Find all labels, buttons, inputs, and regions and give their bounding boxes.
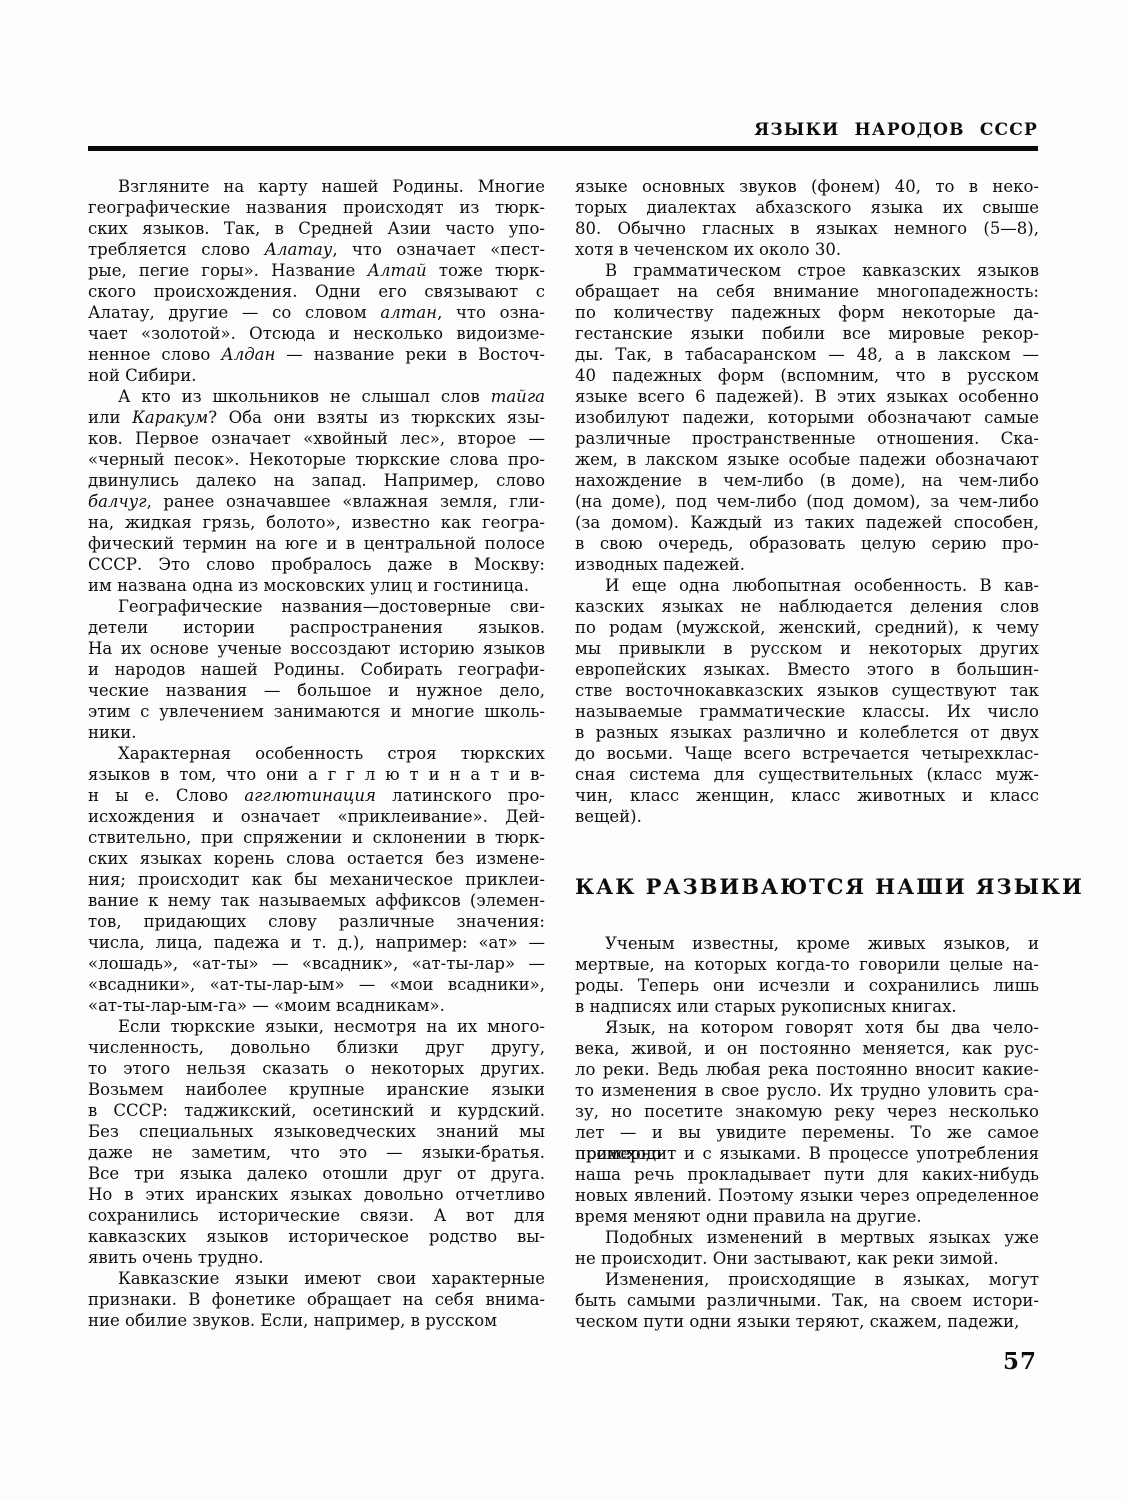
text-line: сная система для существительных (класс … bbox=[575, 764, 1039, 785]
text-line: торых диалектах абхазского языка их свыш… bbox=[575, 197, 1039, 218]
text-line: хотя в чеченском их около 30. bbox=[575, 239, 1039, 260]
text-line: даже не заметим, что это — языки-братья. bbox=[88, 1142, 545, 1163]
text-line: различные пространственные отношения. Ск… bbox=[575, 428, 1039, 449]
paragraph: В грамматическом строе кавказских языков… bbox=[575, 260, 1039, 575]
text-line: На их основе ученые воссоздают историю я… bbox=[88, 638, 545, 659]
book-page: ЯЗЫКИ НАРОДОВ СССР Взгляните на карту на… bbox=[0, 0, 1126, 1500]
text-line: ческие названия — большое и нужное дело, bbox=[88, 680, 545, 701]
text-line: Характерная особенность строя тюркских bbox=[88, 743, 545, 764]
text-line: языке основных звуков (фонем) 40, то в н… bbox=[575, 176, 1039, 197]
text-line: происходит и с языками. В процессе употр… bbox=[575, 1143, 1039, 1164]
text-line: (на доме), под чем-либо (под домом), за … bbox=[575, 491, 1039, 512]
column-right: языке основных звуков (фонем) 40, то в н… bbox=[575, 176, 1039, 1332]
text-line: «лошадь», «ат-ты» — «всадник», «ат-ты-ла… bbox=[88, 953, 545, 974]
text-line: до восьми. Чаще всего встречается четыре… bbox=[575, 743, 1039, 764]
text-line: не происходит. Они застывают, как реки з… bbox=[575, 1248, 1039, 1269]
text-line: в разных языках различно и колеблется от… bbox=[575, 722, 1039, 743]
text-line: обращает на себя внимание многопадежност… bbox=[575, 281, 1039, 302]
text-line: балчуг, ранее означавшее «влажная земля,… bbox=[88, 491, 545, 512]
paragraph: Ученым известны, кроме живых языков, име… bbox=[575, 933, 1039, 1017]
text-line: Возьмем наиболее крупные иранские языки bbox=[88, 1079, 545, 1100]
text-line: исхождения и означает «приклеивание». Де… bbox=[88, 806, 545, 827]
text-line: детели истории распространения языков. bbox=[88, 617, 545, 638]
header-rule bbox=[88, 146, 1038, 151]
text-line: называемые грамматические классы. Их чис… bbox=[575, 701, 1039, 722]
text-line: лет — и вы увидите перемены. То же самое… bbox=[575, 1122, 1039, 1143]
text-line: числа, лица, падежа и т. д.), например: … bbox=[88, 932, 545, 953]
text-line: этим с увлечением занимаются и многие шк… bbox=[88, 701, 545, 722]
text-line: двинулись далеко на запад. Например, сло… bbox=[88, 470, 545, 491]
text-line: Кавказские языки имеют свои характерные bbox=[88, 1268, 545, 1289]
text-line: Алатау, другие — со словом алтан, что оз… bbox=[88, 302, 545, 323]
text-line: ники. bbox=[88, 722, 545, 743]
text-line: зу, но посетите знакомую реку через неск… bbox=[575, 1101, 1039, 1122]
text-line: Взгляните на карту нашей Родины. Многие bbox=[88, 176, 545, 197]
text-line: и народов нашей Родины. Собирать географ… bbox=[88, 659, 545, 680]
text-line: ствительно, при спряжении и склонении в … bbox=[88, 827, 545, 848]
text-line: чает «золотой». Отсюда и несколько видои… bbox=[88, 323, 545, 344]
text-line: Без специальных языковедческих знаний мы bbox=[88, 1121, 545, 1142]
paragraph: Язык, на котором говорят хотя бы два чел… bbox=[575, 1017, 1039, 1227]
text-line: ского происхождения. Одни его связывают … bbox=[88, 281, 545, 302]
text-line: Географические названия—достоверные сви- bbox=[88, 596, 545, 617]
text-line: вание к нему так называемых аффиксов (эл… bbox=[88, 890, 545, 911]
text-line: Все три языка далеко отошли друг от друг… bbox=[88, 1163, 545, 1184]
text-line: ков. Первое означает «хвойный лес», втор… bbox=[88, 428, 545, 449]
text-line: время меняют одни правила на другие. bbox=[575, 1206, 1039, 1227]
text-line: европейских языках. Вместо этого в больш… bbox=[575, 659, 1039, 680]
text-line: сохранились исторические связи. А вот дл… bbox=[88, 1205, 545, 1226]
text-line: СССР. Это слово пробралось даже в Москву… bbox=[88, 554, 545, 575]
text-line: ских языков. Так, в Средней Азии часто у… bbox=[88, 218, 545, 239]
text-line: ских языках корень слова остается без из… bbox=[88, 848, 545, 869]
text-line: ческом пути одни языки теряют, скажем, п… bbox=[575, 1311, 1039, 1332]
text-line: Но в этих иранских языках довольно отчет… bbox=[88, 1184, 545, 1205]
text-line: фический термин на юге и в центральной п… bbox=[88, 533, 545, 554]
text-line: тов, придающих слову различные значения: bbox=[88, 911, 545, 932]
text-line: новых явлений. Поэтому языки через опред… bbox=[575, 1185, 1039, 1206]
text-line: в свою очередь, образовать целую серию п… bbox=[575, 533, 1039, 554]
text-line: казских языках не наблюдается деления сл… bbox=[575, 596, 1039, 617]
text-line: на, жидкая грязь, болото», известно как … bbox=[88, 512, 545, 533]
paragraph: Если тюркские языки, несмотря на их мног… bbox=[88, 1016, 545, 1268]
paragraph: Характерная особенность строя тюркскихяз… bbox=[88, 743, 545, 1016]
text-line: ния; происходит как бы механическое прик… bbox=[88, 869, 545, 890]
section-heading: КАК РАЗВИВАЮТСЯ НАШИ ЯЗЫКИ bbox=[575, 875, 1039, 899]
text-line: ненное слово Алдан — название реки в Вос… bbox=[88, 344, 545, 365]
text-line: ды. Так, в табасаранском — 48, а в лакск… bbox=[575, 344, 1039, 365]
text-line: вещей). bbox=[575, 806, 1039, 827]
text-line: А кто из школьников не слышал слов тайга bbox=[88, 386, 545, 407]
text-line: наша речь прокладывает пути для каких-ни… bbox=[575, 1164, 1039, 1185]
paragraph: Подобных изменений в мертвых языках ужен… bbox=[575, 1227, 1039, 1332]
column-left: Взгляните на карту нашей Родины. Многиег… bbox=[88, 176, 545, 1331]
text-line: н ы е. Слово агглютинация латинского про… bbox=[88, 785, 545, 806]
text-line: ло реки. Ведь любая река постоянно вноси… bbox=[575, 1059, 1039, 1080]
paragraph: Кавказские языки имеют свои характерныеп… bbox=[88, 1268, 545, 1331]
text-line: чин, класс женщин, класс животных и клас… bbox=[575, 785, 1039, 806]
text-line: в СССР: таджикский, осетинский и курдски… bbox=[88, 1100, 545, 1121]
text-line: «всадники», «ат-ты-лар-ым» — «мои всадни… bbox=[88, 974, 545, 995]
paragraph: языке основных звуков (фонем) 40, то в н… bbox=[575, 176, 1039, 260]
text-line: Если тюркские языки, несмотря на их мног… bbox=[88, 1016, 545, 1037]
text-line: ние обилие звуков. Если, например, в рус… bbox=[88, 1310, 545, 1331]
text-line: по количеству падежных форм некоторые да… bbox=[575, 302, 1039, 323]
text-line: в надписях или старых рукописных книгах. bbox=[575, 996, 1039, 1017]
text-line: (за домом). Каждый из таких падежей спос… bbox=[575, 512, 1039, 533]
text-line: или Каракум? Оба они взяты из тюркских я… bbox=[88, 407, 545, 428]
text-line: «ат-ты-лар-ым-га» — «моим всадникам». bbox=[88, 995, 545, 1016]
paragraph: А кто из школьников не слышал слов тайга… bbox=[88, 386, 545, 596]
text-line: то изменения в свое русло. Их трудно уло… bbox=[575, 1080, 1039, 1101]
text-line: по родам (мужской, женский, средний), к … bbox=[575, 617, 1039, 638]
text-line: требляется слово Алатау, что означает «п… bbox=[88, 239, 545, 260]
text-line: им названа одна из московских улиц и гос… bbox=[88, 575, 545, 596]
text-line: века, живой, и он постоянно меняется, ка… bbox=[575, 1038, 1039, 1059]
text-line: нахождение в чем-либо (в доме), на чем-л… bbox=[575, 470, 1039, 491]
text-line: языке всего 6 падежей). В этих языках ос… bbox=[575, 386, 1039, 407]
text-line: Ученым известны, кроме живых языков, и bbox=[575, 933, 1039, 954]
text-line: 80. Обычно гласных в языках немного (5—8… bbox=[575, 218, 1039, 239]
paragraph: Взгляните на карту нашей Родины. Многиег… bbox=[88, 176, 545, 386]
text-line: 40 падежных форм (вспомним, что в русско… bbox=[575, 365, 1039, 386]
text-line: рые, пегие горы». Название Алтай тоже тю… bbox=[88, 260, 545, 281]
text-line: географические названия происходят из тю… bbox=[88, 197, 545, 218]
text-line: признаки. В фонетике обращает на себя вн… bbox=[88, 1289, 545, 1310]
text-line: явить очень трудно. bbox=[88, 1247, 545, 1268]
running-head: ЯЗЫКИ НАРОДОВ СССР bbox=[754, 120, 1038, 140]
page-number: 57 bbox=[1003, 1348, 1037, 1375]
text-line: мертвые, на которых когда-то говорили це… bbox=[575, 954, 1039, 975]
text-line: «черный песок». Некоторые тюркские слова… bbox=[88, 449, 545, 470]
text-line: Изменения, происходящие в языках, могут bbox=[575, 1269, 1039, 1290]
text-line: В грамматическом строе кавказских языков bbox=[575, 260, 1039, 281]
text-line: жем, в лакском языке особые падежи обозн… bbox=[575, 449, 1039, 470]
text-line: языков в том, что они а г г л ю т и н а … bbox=[88, 764, 545, 785]
text-line: роды. Теперь они исчезли и сохранились л… bbox=[575, 975, 1039, 996]
text-line: гестанские языки побили все мировые реко… bbox=[575, 323, 1039, 344]
paragraph: И еще одна любопытная особенность. В кав… bbox=[575, 575, 1039, 827]
text-line: численность, довольно близки друг другу, bbox=[88, 1037, 545, 1058]
text-line: И еще одна любопытная особенность. В кав… bbox=[575, 575, 1039, 596]
text-line: стве восточнокавказских языков существую… bbox=[575, 680, 1039, 701]
paragraph: Географические названия—достоверные сви-… bbox=[88, 596, 545, 743]
text-line: быть самыми различными. Так, на своем ис… bbox=[575, 1290, 1039, 1311]
text-line: ной Сибири. bbox=[88, 365, 545, 386]
text-line: то этого нельзя сказать о некоторых друг… bbox=[88, 1058, 545, 1079]
text-line: изводных падежей. bbox=[575, 554, 1039, 575]
text-line: кавказских языков историческое родство в… bbox=[88, 1226, 545, 1247]
text-line: Язык, на котором говорят хотя бы два чел… bbox=[575, 1017, 1039, 1038]
text-line: Подобных изменений в мертвых языках уже bbox=[575, 1227, 1039, 1248]
text-line: изобилуют падежи, которыми обозначают са… bbox=[575, 407, 1039, 428]
text-line: мы привыкли в русском и некоторых других bbox=[575, 638, 1039, 659]
